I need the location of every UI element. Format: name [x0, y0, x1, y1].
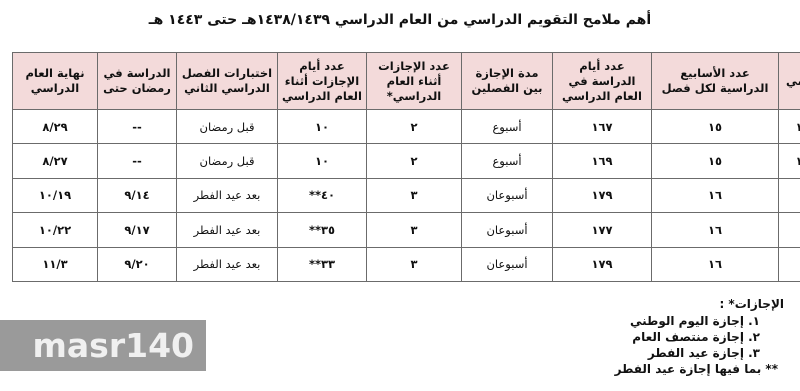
cell-holidays-count: ٣	[367, 247, 462, 281]
cell-exams: قبل رمضان	[177, 110, 278, 144]
cell-year-end: ١١/٣	[13, 247, 98, 281]
cell-academic-year: ١٤٣٩-١٤٤٠	[779, 144, 800, 178]
cell-weeks: ١٥	[652, 144, 779, 178]
cell-ramadan-until: --	[98, 144, 177, 178]
holidays-notes: الإجازات* : ١. إجازة اليوم الوطني ٢. إجا…	[615, 296, 784, 377]
cell-year-end: ٨/٢٧	[13, 144, 98, 178]
cell-break-duration: أسبوع	[462, 110, 553, 144]
cell-holidays-count: ٣	[367, 178, 462, 212]
cell-academic-year: ١٤٤١	[779, 178, 800, 212]
cell-holiday-days: ١٠	[278, 110, 367, 144]
cell-holiday-days: ١٠	[278, 144, 367, 178]
cell-weeks: ١٥	[652, 110, 779, 144]
cell-holiday-days: ٣٣**	[278, 247, 367, 281]
note-item-mid-year: ٢. إجازة منتصف العام	[615, 329, 784, 345]
header-study-days: عدد أيام الدراسة في العام الدراسي	[553, 53, 652, 110]
cell-study-days: ١٦٧	[553, 110, 652, 144]
header-second-semester-exams: اختبارات الفصل الدراسي الثاني	[177, 53, 278, 110]
cell-academic-year: ١٤٣٨-١٤٣٩	[779, 110, 800, 144]
note-item-eid-alfitr: ٣. إجازة عيد الفطر	[615, 345, 784, 361]
cell-holidays-count: ٣	[367, 213, 462, 247]
table-header-row: العام الدراسي عدد الأسابيع الدراسية لكل …	[13, 53, 800, 110]
notes-heading: الإجازات* :	[615, 296, 784, 312]
cell-holidays-count: ٢	[367, 144, 462, 178]
header-ramadan-study-until: الدراسة في رمضان حتى	[98, 53, 177, 110]
cell-exams: قبل رمضان	[177, 144, 278, 178]
note-footnote: ** بما فيها إجازة عيد الفطر	[615, 361, 784, 377]
cell-study-days: ١٧٩	[553, 178, 652, 212]
cell-break-duration: أسبوعان	[462, 213, 553, 247]
cell-exams: بعد عيد الفطر	[177, 247, 278, 281]
cell-holiday-days: ٣٥**	[278, 213, 367, 247]
header-holidays-count: عدد الإجازات أثناء العام الدراسي*	[367, 53, 462, 110]
table-row: ١٤٤٣ ١٦ ١٧٩ أسبوعان ٣ ٣٣** بعد عيد الفطر…	[13, 247, 800, 281]
cell-study-days: ١٧٧	[553, 213, 652, 247]
header-holiday-days: عدد أيام الإجازات أثناء العام الدراسي	[278, 53, 367, 110]
cell-academic-year: ١٤٤٢	[779, 213, 800, 247]
academic-calendar-table: العام الدراسي عدد الأسابيع الدراسية لكل …	[12, 52, 800, 282]
header-academic-year: العام الدراسي	[779, 53, 800, 110]
cell-ramadan-until: ٩/١٤	[98, 178, 177, 212]
cell-weeks: ١٦	[652, 213, 779, 247]
cell-weeks: ١٦	[652, 178, 779, 212]
table-row: ١٤٣٩-١٤٤٠ ١٥ ١٦٩ أسبوع ٢ ١٠ قبل رمضان --…	[13, 144, 800, 178]
table-row: ١٤٤٢ ١٦ ١٧٧ أسبوعان ٣ ٣٥** بعد عيد الفطر…	[13, 213, 800, 247]
cell-break-duration: أسبوع	[462, 144, 553, 178]
cell-ramadan-until: ٩/٢٠	[98, 247, 177, 281]
cell-exams: بعد عيد الفطر	[177, 213, 278, 247]
cell-year-end: ١٠/٢٢	[13, 213, 98, 247]
cell-ramadan-until: --	[98, 110, 177, 144]
watermark-logo: masr140	[0, 320, 206, 371]
header-year-end: نهاية العام الدراسي	[13, 53, 98, 110]
cell-holidays-count: ٢	[367, 110, 462, 144]
note-item-national-day: ١. إجازة اليوم الوطني	[615, 313, 784, 329]
cell-study-days: ١٧٩	[553, 247, 652, 281]
cell-break-duration: أسبوعان	[462, 247, 553, 281]
cell-study-days: ١٦٩	[553, 144, 652, 178]
cell-year-end: ٨/٢٩	[13, 110, 98, 144]
cell-exams: بعد عيد الفطر	[177, 178, 278, 212]
header-break-duration: مدة الإجازة بين الفصلين	[462, 53, 553, 110]
cell-holiday-days: ٤٠**	[278, 178, 367, 212]
header-weeks-per-semester: عدد الأسابيع الدراسية لكل فصل	[652, 53, 779, 110]
document-title: أهم ملامح التقويم الدراسي من العام الدرا…	[0, 12, 800, 28]
cell-ramadan-until: ٩/١٧	[98, 213, 177, 247]
cell-weeks: ١٦	[652, 247, 779, 281]
cell-academic-year: ١٤٤٣	[779, 247, 800, 281]
cell-year-end: ١٠/١٩	[13, 178, 98, 212]
table-row: ١٤٣٨-١٤٣٩ ١٥ ١٦٧ أسبوع ٢ ١٠ قبل رمضان --…	[13, 110, 800, 144]
cell-break-duration: أسبوعان	[462, 178, 553, 212]
table-row: ١٤٤١ ١٦ ١٧٩ أسبوعان ٣ ٤٠** بعد عيد الفطر…	[13, 178, 800, 212]
